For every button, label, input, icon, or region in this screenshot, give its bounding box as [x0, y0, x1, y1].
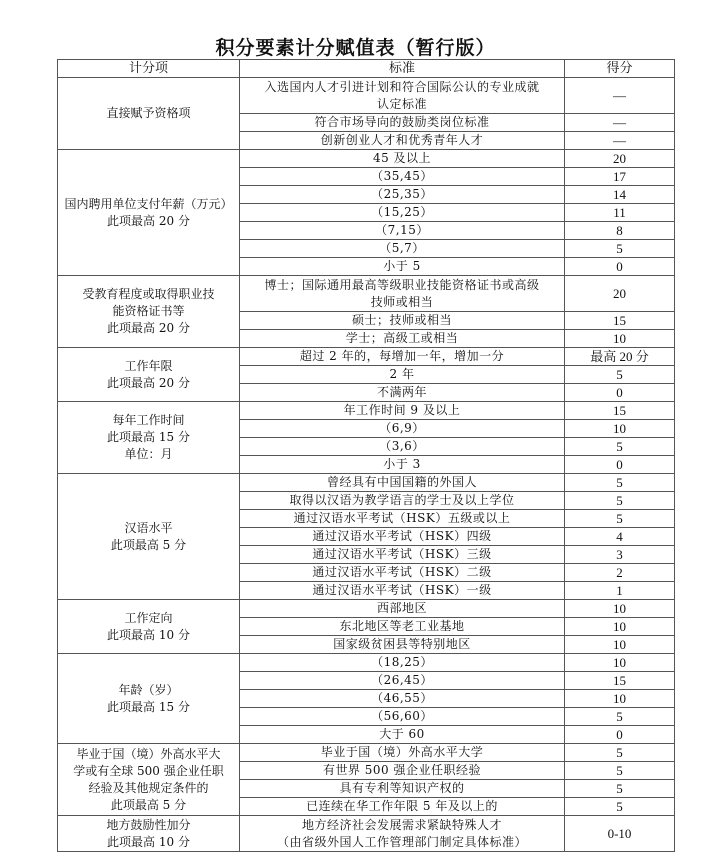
standard-line: （35,45）	[244, 168, 560, 185]
table-row: 每年工作时间此项最高 15 分单位：月年工作时间 9 及以上15	[58, 402, 675, 420]
score-cell: 5	[565, 510, 675, 528]
score-cell: 最高 20 分	[565, 348, 675, 366]
standard-line: 符合市场导向的鼓励类岗位标准	[244, 114, 560, 131]
standard-cell: 有世界 500 强企业任职经验	[240, 762, 565, 780]
category-line: 毕业于国（境）外高水平大	[62, 746, 235, 763]
category-line: 此项最高 5 分	[62, 537, 235, 554]
standard-line: 毕业于国（境）外高水平大学	[244, 744, 560, 761]
score-cell: 5	[565, 780, 675, 798]
standard-line: 创新创业人才和优秀青年人才	[244, 132, 560, 149]
standard-line: 入选国内人才引进计划和符合国际公认的专业成就	[244, 79, 560, 96]
standard-line: 取得以汉语为教学语言的学士及以上学位	[244, 492, 560, 509]
standard-cell: 通过汉语水平考试（HSK）二级	[240, 564, 565, 582]
category-cell: 工作定向此项最高 10 分	[58, 600, 240, 654]
standard-line: 技师或相当	[244, 294, 560, 311]
score-cell: 10	[565, 600, 675, 618]
category-line: 年龄（岁）	[62, 682, 235, 699]
category-line: 此项最高 10 分	[62, 834, 235, 851]
header-standard: 标准	[240, 60, 565, 78]
score-cell: 20	[565, 276, 675, 312]
score-cell: 5	[565, 762, 675, 780]
standard-line: 不满两年	[244, 384, 560, 401]
category-line: 此项最高 5 分	[62, 797, 235, 814]
category-line: 每年工作时间	[62, 412, 235, 429]
standard-cell: 通过汉语水平考试（HSK）四级	[240, 528, 565, 546]
score-cell: 10	[565, 618, 675, 636]
score-cell: 5	[565, 366, 675, 384]
category-cell: 地方鼓励性加分此项最高 10 分	[58, 816, 240, 852]
standard-line: （15,25）	[244, 204, 560, 221]
standard-cell: 通过汉语水平考试（HSK）一级	[240, 582, 565, 600]
category-line: 地方鼓励性加分	[62, 817, 235, 834]
standard-line: （由省级外国人工作管理部门制定具体标准）	[244, 834, 560, 851]
standard-cell: 通过汉语水平考试（HSK）三级	[240, 546, 565, 564]
category-cell: 汉语水平此项最高 5 分	[58, 474, 240, 600]
score-cell: 5	[565, 240, 675, 258]
standard-line: 西部地区	[244, 600, 560, 617]
category-line: 直接赋予资格项	[62, 105, 235, 122]
category-cell: 每年工作时间此项最高 15 分单位：月	[58, 402, 240, 474]
score-cell: 5	[565, 438, 675, 456]
standard-cell: 博士；国际通用最高等级职业技能资格证书或高级技师或相当	[240, 276, 565, 312]
standard-line: （18,25）	[244, 654, 560, 671]
standard-line: 通过汉语水平考试（HSK）三级	[244, 546, 560, 563]
standard-cell: 西部地区	[240, 600, 565, 618]
score-cell: 10	[565, 654, 675, 672]
standard-line: 年工作时间 9 及以上	[244, 402, 560, 419]
standard-cell: 年工作时间 9 及以上	[240, 402, 565, 420]
table-row: 工作年限此项最高 20 分超过 2 年的，每增加一年，增加一分最高 20 分	[58, 348, 675, 366]
score-cell: 8	[565, 222, 675, 240]
standard-line: 认定标准	[244, 96, 560, 113]
category-line: 工作年限	[62, 358, 235, 375]
standard-cell: 曾经具有中国国籍的外国人	[240, 474, 565, 492]
category-cell: 年龄（岁）此项最高 15 分	[58, 654, 240, 744]
category-line: 此项最高 20 分	[62, 213, 235, 230]
document-title: 积分要素计分赋值表（暂行版）	[0, 33, 711, 60]
standard-cell: 创新创业人才和优秀青年人才	[240, 132, 565, 150]
standard-cell: （5,7）	[240, 240, 565, 258]
standard-cell: 2 年	[240, 366, 565, 384]
category-line: 此项最高 15 分	[62, 699, 235, 716]
standard-cell: 地方经济社会发展需求紧缺特殊人才（由省级外国人工作管理部门制定具体标准）	[240, 816, 565, 852]
score-cell: 14	[565, 186, 675, 204]
standard-line: 硕士；技师或相当	[244, 312, 560, 329]
standard-line: （26,45）	[244, 672, 560, 689]
standard-line: 2 年	[244, 366, 560, 383]
category-cell: 毕业于国（境）外高水平大学或有全球 500 强企业任职经验及其他规定条件的此项最…	[58, 744, 240, 816]
score-cell: 15	[565, 672, 675, 690]
standard-cell: 学士；高级工或相当	[240, 330, 565, 348]
header-score: 得分	[565, 60, 675, 78]
standard-cell: 小于 3	[240, 456, 565, 474]
table-row: 地方鼓励性加分此项最高 10 分地方经济社会发展需求紧缺特殊人才（由省级外国人工…	[58, 816, 675, 852]
standard-cell: 国家级贫困县等特别地区	[240, 636, 565, 654]
standard-cell: 超过 2 年的，每增加一年，增加一分	[240, 348, 565, 366]
standard-cell: （7,15）	[240, 222, 565, 240]
category-line: 受教育程度或取得职业技	[62, 286, 235, 303]
standard-cell: 不满两年	[240, 384, 565, 402]
category-cell: 受教育程度或取得职业技能资格证书等此项最高 20 分	[58, 276, 240, 348]
scoring-table: 计分项 标准 得分 直接赋予资格项入选国内人才引进计划和符合国际公认的专业成就认…	[57, 59, 675, 852]
standard-line: （5,7）	[244, 240, 560, 257]
standard-cell: 硕士；技师或相当	[240, 312, 565, 330]
category-line: 此项最高 10 分	[62, 627, 235, 644]
table-header-row: 计分项 标准 得分	[58, 60, 675, 78]
table-row: 受教育程度或取得职业技能资格证书等此项最高 20 分博士；国际通用最高等级职业技…	[58, 276, 675, 312]
standard-cell: （25,35）	[240, 186, 565, 204]
score-cell: 5	[565, 708, 675, 726]
category-line: 此项最高 20 分	[62, 320, 235, 337]
standard-cell: （15,25）	[240, 204, 565, 222]
standard-line: 通过汉语水平考试（HSK）五级或以上	[244, 510, 560, 527]
score-cell: —	[565, 78, 675, 114]
category-line: 能资格证书等	[62, 303, 235, 320]
standard-line: 具有专利等知识产权的	[244, 780, 560, 797]
standard-cell: （18,25）	[240, 654, 565, 672]
standard-line: （46,55）	[244, 690, 560, 707]
score-cell: 20	[565, 150, 675, 168]
score-cell: 10	[565, 690, 675, 708]
score-cell: 5	[565, 492, 675, 510]
score-cell: —	[565, 132, 675, 150]
table-row: 工作定向此项最高 10 分西部地区10	[58, 600, 675, 618]
table-row: 直接赋予资格项入选国内人才引进计划和符合国际公认的专业成就认定标准—	[58, 78, 675, 114]
table-row: 毕业于国（境）外高水平大学或有全球 500 强企业任职经验及其他规定条件的此项最…	[58, 744, 675, 762]
table-row: 国内聘用单位支付年薪（万元）此项最高 20 分45 及以上20	[58, 150, 675, 168]
standard-line: （6,9）	[244, 420, 560, 437]
standard-cell: （35,45）	[240, 168, 565, 186]
standard-line: 超过 2 年的，每增加一年，增加一分	[244, 348, 560, 365]
score-cell: 17	[565, 168, 675, 186]
standard-line: 已连续在华工作年限 5 年及以上的	[244, 798, 560, 815]
standard-cell: （6,9）	[240, 420, 565, 438]
score-cell: 11	[565, 204, 675, 222]
category-line: 工作定向	[62, 610, 235, 627]
standard-line: 小于 3	[244, 456, 560, 473]
standard-cell: 具有专利等知识产权的	[240, 780, 565, 798]
score-cell: 5	[565, 474, 675, 492]
score-cell: 0	[565, 726, 675, 744]
standard-line: 45 及以上	[244, 150, 560, 167]
standard-line: （25,35）	[244, 186, 560, 203]
category-cell: 国内聘用单位支付年薪（万元）此项最高 20 分	[58, 150, 240, 276]
standard-cell: 大于 60	[240, 726, 565, 744]
table-body: 直接赋予资格项入选国内人才引进计划和符合国际公认的专业成就认定标准—符合市场导向…	[58, 78, 675, 852]
standard-line: 通过汉语水平考试（HSK）一级	[244, 582, 560, 599]
score-cell: 5	[565, 798, 675, 816]
score-cell: 4	[565, 528, 675, 546]
standard-line: 有世界 500 强企业任职经验	[244, 762, 560, 779]
standard-line: 小于 5	[244, 258, 560, 275]
table-row: 年龄（岁）此项最高 15 分（18,25）10	[58, 654, 675, 672]
standard-cell: 小于 5	[240, 258, 565, 276]
standard-line: （56,60）	[244, 708, 560, 725]
standard-line: 通过汉语水平考试（HSK）二级	[244, 564, 560, 581]
standard-cell: （3,6）	[240, 438, 565, 456]
category-cell: 工作年限此项最高 20 分	[58, 348, 240, 402]
standard-line: 曾经具有中国国籍的外国人	[244, 474, 560, 491]
standard-line: （7,15）	[244, 222, 560, 239]
standard-cell: （26,45）	[240, 672, 565, 690]
score-cell: 0	[565, 384, 675, 402]
standard-line: 大于 60	[244, 726, 560, 743]
category-line: 此项最高 15 分	[62, 429, 235, 446]
category-line: 经验及其他规定条件的	[62, 780, 235, 797]
score-cell: 15	[565, 402, 675, 420]
standard-line: 东北地区等老工业基地	[244, 618, 560, 635]
standard-cell: 45 及以上	[240, 150, 565, 168]
standard-line: 地方经济社会发展需求紧缺特殊人才	[244, 817, 560, 834]
category-line: 汉语水平	[62, 520, 235, 537]
standard-cell: 入选国内人才引进计划和符合国际公认的专业成就认定标准	[240, 78, 565, 114]
standard-line: 博士；国际通用最高等级职业技能资格证书或高级	[244, 277, 560, 294]
standard-cell: （56,60）	[240, 708, 565, 726]
category-line: 此项最高 20 分	[62, 375, 235, 392]
score-cell: 10	[565, 420, 675, 438]
score-cell: —	[565, 114, 675, 132]
score-cell: 5	[565, 744, 675, 762]
category-line: 国内聘用单位支付年薪（万元）	[62, 196, 235, 213]
header-category: 计分项	[58, 60, 240, 78]
standard-cell: 东北地区等老工业基地	[240, 618, 565, 636]
standard-line: 国家级贫困县等特别地区	[244, 636, 560, 653]
score-cell: 3	[565, 546, 675, 564]
standard-cell: 通过汉语水平考试（HSK）五级或以上	[240, 510, 565, 528]
category-cell: 直接赋予资格项	[58, 78, 240, 150]
standard-cell: 取得以汉语为教学语言的学士及以上学位	[240, 492, 565, 510]
category-line: 学或有全球 500 强企业任职	[62, 763, 235, 780]
standard-line: 学士；高级工或相当	[244, 330, 560, 347]
score-cell: 10	[565, 636, 675, 654]
standard-line: 通过汉语水平考试（HSK）四级	[244, 528, 560, 545]
score-cell: 1	[565, 582, 675, 600]
standard-line: （3,6）	[244, 438, 560, 455]
standard-cell: 毕业于国（境）外高水平大学	[240, 744, 565, 762]
score-cell: 0-10	[565, 816, 675, 852]
table-row: 汉语水平此项最高 5 分曾经具有中国国籍的外国人5	[58, 474, 675, 492]
score-cell: 10	[565, 330, 675, 348]
score-cell: 0	[565, 456, 675, 474]
standard-cell: 符合市场导向的鼓励类岗位标准	[240, 114, 565, 132]
score-cell: 0	[565, 258, 675, 276]
standard-cell: （46,55）	[240, 690, 565, 708]
category-line: 单位：月	[62, 446, 235, 463]
standard-cell: 已连续在华工作年限 5 年及以上的	[240, 798, 565, 816]
score-cell: 2	[565, 564, 675, 582]
score-cell: 15	[565, 312, 675, 330]
